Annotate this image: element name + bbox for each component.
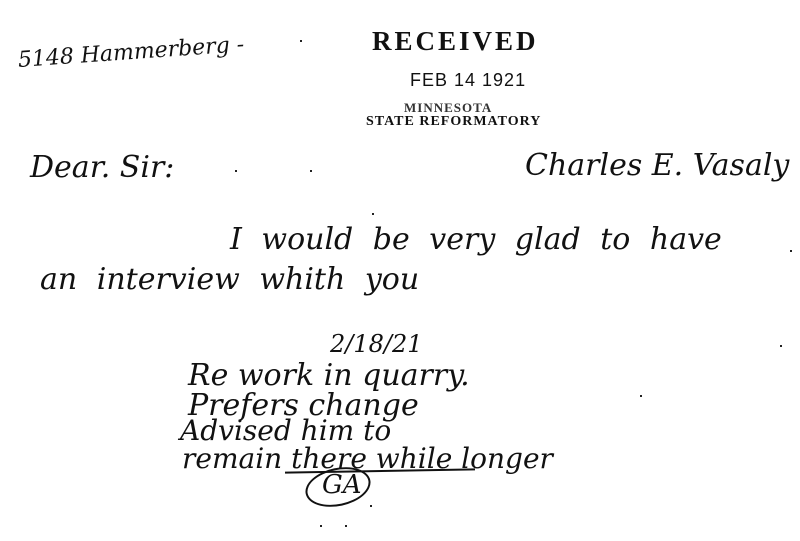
note-date: 2/18/21: [330, 330, 423, 358]
letter-body-line-2: an interview whith you: [40, 262, 419, 297]
signature: Charles E. Vasaly: [525, 148, 789, 183]
initials: GA: [322, 470, 362, 500]
scanned-letter: 5148 Hammerberg - RECEIVED FEB 14 1921 M…: [0, 0, 800, 541]
scan-speck: [370, 505, 372, 507]
salutation: Dear. Sir:: [30, 150, 174, 185]
scan-speck: [235, 170, 237, 172]
scan-speck: [320, 525, 322, 527]
scan-speck: [310, 170, 312, 172]
scan-speck: [372, 213, 374, 215]
letter-body-line-1: I would be very glad to have: [230, 222, 722, 257]
reference-number: 5148 Hammerberg -: [17, 32, 245, 73]
scan-speck: [780, 345, 782, 347]
scan-speck: [300, 40, 302, 42]
stamp-title: RECEIVED: [372, 26, 539, 57]
stamp-institution-line2: STATE REFORMATORY: [366, 114, 541, 130]
scan-speck: [790, 250, 792, 252]
scan-speck: [640, 395, 642, 397]
stamp-date: FEB 14 1921: [410, 70, 526, 91]
scan-speck: [345, 525, 347, 527]
